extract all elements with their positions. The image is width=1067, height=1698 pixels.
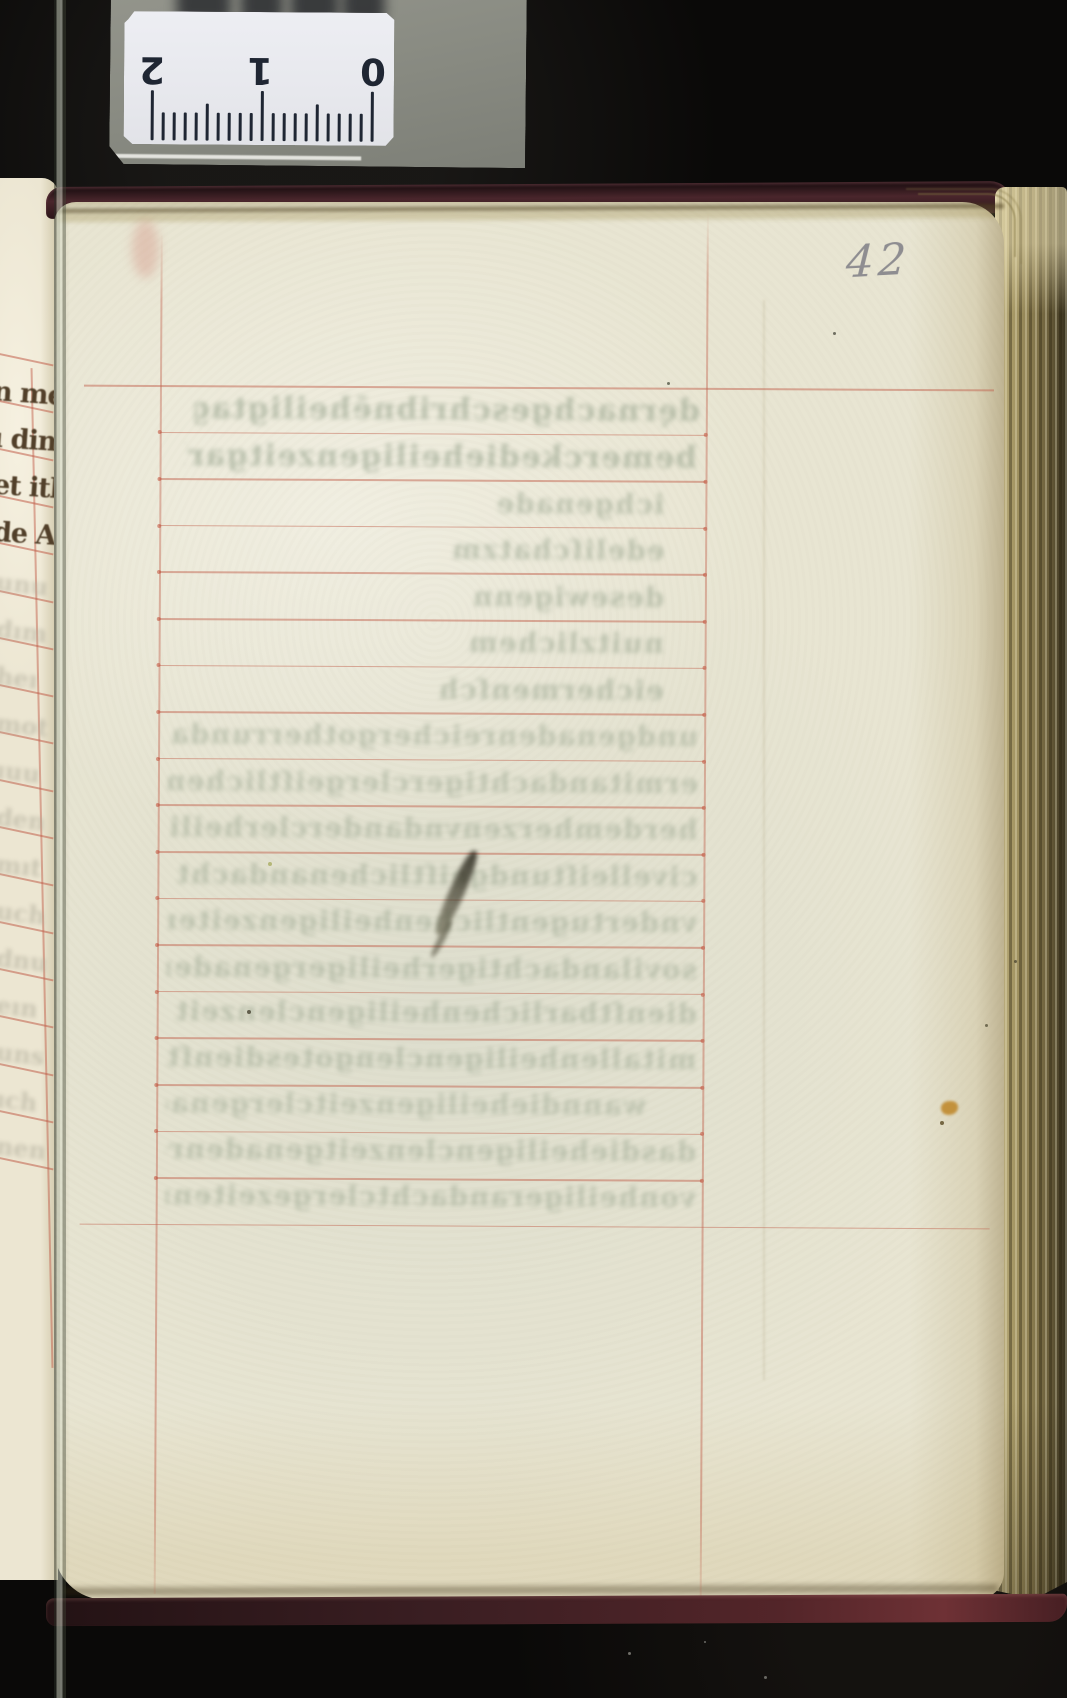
ruler-tick [371,92,374,142]
glass-plate-edge [54,0,66,1698]
speck [704,1641,706,1643]
card-bottom-edge-highlight [111,154,361,161]
speck [1014,960,1017,963]
folio-number: 42 [845,234,912,289]
facing-page-faint-row: mot [0,708,51,742]
ruling-line [157,1037,703,1041]
bleed-through-row: dasdieheiligenclenzeitgenadenre [166,1134,696,1172]
ruling-line [158,758,704,762]
bleed-through-row: wanndieheiligenzeitclergenaden [166,1088,646,1126]
ruler-tick [228,113,231,141]
facing-page-faint-row: ıch [0,1084,51,1118]
bleed-through-row: civelleiſtundgeiſtlichenandacht [167,859,697,897]
ruling-line [158,711,704,715]
ruling-line [157,898,703,902]
ruler-tick [151,90,154,140]
facing-page-faint-row: uns [0,1037,51,1071]
ruler-tick [349,114,352,142]
ruler-tick [360,114,363,142]
ruling-right-bounding-line [700,213,709,1603]
facing-page-faint-row: dım [0,614,51,648]
facing-page-ruled-line [0,352,53,366]
bleed-through-row: eichermenſch [428,674,663,710]
bleed-through-row: nuitzlichem [429,627,664,663]
ruling-line [158,851,704,855]
manuscript-photo-scene: n mer ı dim et ith de A· unudımheımotıuu… [0,0,1067,1698]
ruler-tick [239,113,242,141]
ruler-tick [316,104,319,141]
facing-page-faint-row: dnu [0,943,51,977]
ruling-line [159,525,705,529]
facing-page-faint-row: den [0,802,51,836]
speck [764,1676,767,1679]
bleed-through-row: ermitandachtigerclergeiſtlichen [168,766,698,804]
bleed-through-row: dęrnachgeschribnēheiligtagēandacht [195,392,700,433]
pink-stain [132,220,159,278]
ruler-tick [206,104,209,141]
facing-page-faint-row: ıuu [0,755,51,789]
book-fore-edge [995,187,1067,1599]
ruling-through-line [80,1223,990,1229]
red-ruling-grid: dęrnachgeschribnēheiligtagēandachtbemerc… [48,201,1005,1604]
speck [833,332,836,335]
speck [667,382,670,385]
speck [247,1010,251,1014]
speck [628,1652,631,1655]
ruler-tick [272,113,275,141]
ruling-line [157,944,703,948]
ruler-number-2: 2 [139,51,165,88]
ruler-tick [283,113,286,141]
speck [940,1121,944,1125]
ruler-tick [327,113,330,141]
bleed-through-row: ichgenade [429,488,664,524]
ruler-tick [305,113,308,141]
book-binding-bottom [46,1594,1067,1626]
ruling-line [159,618,705,622]
facing-page-faint-row: uch [0,896,51,930]
ruler-tick [162,112,165,140]
ruler-tick [338,114,341,142]
ruling-left-bounding-line [154,232,163,1594]
ruler-tick [195,113,198,141]
facing-page-faint-row: unu [0,567,51,601]
bleed-through-row: vndertugentlichenheiligenzeiten [167,905,697,943]
facing-page-faint-row: mıt [0,849,51,883]
bleed-through-row: mitallenheiligenclengotesdienſt [166,1042,696,1080]
ruler-tick [184,112,187,140]
ruler-tick [294,113,297,141]
bleed-through-row: dienſtbarlichenheiligenclenzeit [167,996,697,1034]
ruling-through-line [84,385,994,391]
bleed-through-row: bemerckedieheiligenzeitgarlieblich [185,439,697,480]
ruler-tick [250,113,253,141]
bleed-through-row: undgenadenreichergotherrundal [168,719,698,757]
ruler-tick [261,91,264,141]
bleed-through-row: herdemherzenvndanderclerheilig [168,812,698,850]
bleed-through-row: desewigenn [429,581,664,617]
ruler-number-1: 1 [247,52,273,89]
bleed-through-row: edeliſchatzm [429,534,664,570]
ruling-line [159,571,705,575]
speck [268,862,272,866]
scale-ruler: 2 1 0 [124,11,395,146]
speck [985,1024,988,1027]
bleed-through-row: vonheiligerandachtclergezeitenn [166,1180,696,1218]
ruler-tick [173,112,176,140]
ruler-number-0: 0 [360,53,386,90]
facing-page-faint-row: eın [0,990,51,1024]
facing-page-faint-row: heı [0,661,51,695]
ruling-line [157,991,703,995]
ruling-line [159,665,705,669]
facing-page-faint-row: nen [0,1131,51,1165]
ruler-tick [217,113,220,141]
ruling-line [158,804,704,808]
